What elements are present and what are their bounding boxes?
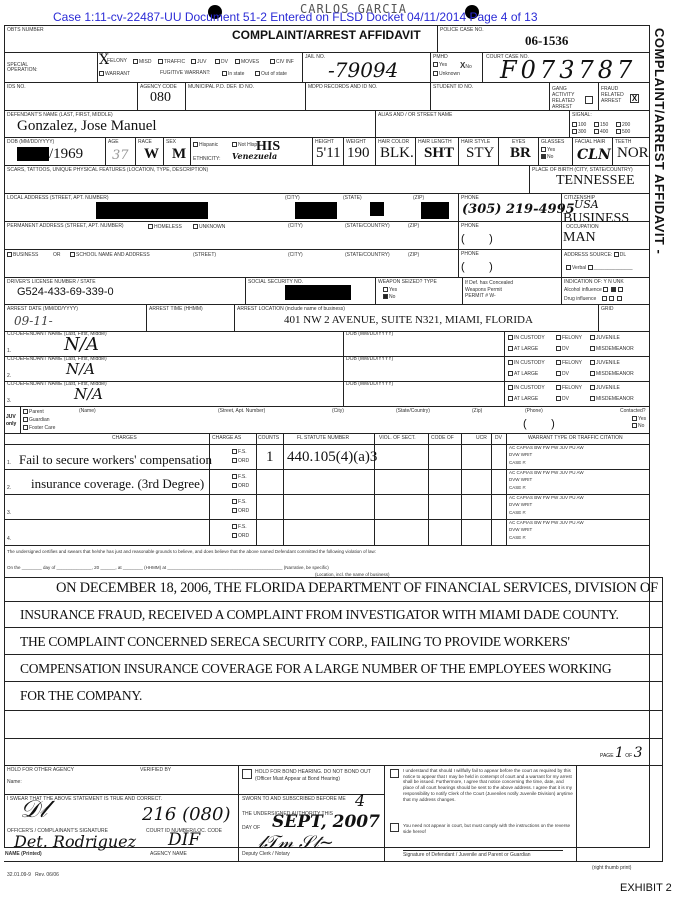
charge-row: 3. F.S. ORD AC CAPIAS BW FW PW JUV PU AW… bbox=[4, 494, 650, 519]
defendant-name: Gonzalez, Jose Manuel bbox=[17, 119, 157, 134]
alcohol-influence[interactable]: Alcohol influence bbox=[564, 287, 624, 293]
citizenship-value: USA bbox=[574, 199, 599, 210]
narrative-line: COMPENSATION INSURANCE COVERAGE FOR A LA… bbox=[20, 661, 611, 677]
juv-only-label: JUV only bbox=[6, 414, 20, 428]
fraud-label: FRAUD RELATED ARREST bbox=[601, 86, 627, 104]
signal-150[interactable]: 150 bbox=[594, 122, 608, 128]
fraud-checkbox[interactable]: X bbox=[630, 94, 639, 103]
juv-contacted-yes[interactable]: Yes bbox=[632, 416, 646, 422]
misd-checkbox[interactable]: MISD bbox=[133, 59, 152, 65]
occupation-value-2: MAN bbox=[563, 231, 596, 245]
sex-value: M bbox=[172, 147, 186, 162]
arrest-date-label: ARREST DATE (MM/DD/YYYY) bbox=[7, 307, 78, 312]
form-code: 32.01.09-9 Rev. 06/06 bbox=[7, 872, 59, 878]
arrest-time-label: ARREST TIME (HHMM) bbox=[149, 307, 203, 312]
signal-400[interactable]: 400 bbox=[594, 129, 608, 135]
local-zip-redaction bbox=[421, 202, 449, 219]
dl-label: DRIVER'S LICENSE NUMBER / STATE bbox=[7, 280, 96, 285]
juv-foster[interactable]: Foster Care bbox=[23, 425, 55, 431]
special-op-label: SPECIAL OPERATION: bbox=[7, 63, 57, 73]
hair-style-value: STY bbox=[466, 146, 494, 161]
perm-zip-label: (Zip) bbox=[408, 224, 419, 229]
signal-label: SIGNAL: bbox=[572, 113, 592, 118]
charge-row: 2. insurance coverage. (3rd Degree) F.S.… bbox=[4, 469, 650, 494]
indication-label: INDICATION OF: Y N UNK bbox=[564, 280, 624, 285]
ssn-redaction bbox=[285, 285, 351, 300]
phone-value: (305) 219-4995 bbox=[462, 203, 575, 216]
mdpd-label: MDPD RECORDS AND ID NO. bbox=[308, 85, 377, 90]
drug-influence[interactable]: Drug influence bbox=[564, 296, 623, 302]
bus-state-label: (State/Country) bbox=[345, 253, 390, 258]
scars-label: SCARS, TATTOOS, UNIQUE PHYSICAL FEATURES… bbox=[7, 168, 208, 173]
weight-value: 190 bbox=[347, 146, 370, 161]
sex-label: SEX bbox=[166, 140, 176, 145]
grid-label: GRID bbox=[601, 307, 614, 312]
narrative-line: INSURANCE FRAUD, RECEIVED A COMPLAINT FR… bbox=[20, 607, 619, 623]
age-label: AGE bbox=[108, 140, 119, 145]
or-label: OR bbox=[53, 253, 61, 258]
weapon-label: WEAPON SEIZED? Type bbox=[378, 280, 437, 285]
age-value: 37 bbox=[112, 149, 129, 162]
page-indicator: PAGE 1 OF 3 bbox=[600, 746, 643, 760]
gang-checkbox[interactable] bbox=[585, 96, 593, 104]
deputy-signature: 𝓁𝒯𝓂 𝒮𝓉~ bbox=[258, 834, 334, 852]
dob-value: /1969 bbox=[49, 147, 83, 162]
weapon-yes[interactable]: Yes bbox=[383, 287, 397, 293]
signal-500[interactable]: 500 bbox=[616, 129, 630, 135]
glasses-label: GLASSES bbox=[541, 140, 564, 145]
juv-checkbox[interactable]: JUV bbox=[191, 59, 206, 65]
co-defendant-row: CO-DEFENDANT NAME (Last, First, Middle) … bbox=[4, 381, 650, 406]
perm-city-label: (City) bbox=[288, 224, 303, 229]
local-city-redaction bbox=[295, 202, 337, 219]
race-label: RACE bbox=[138, 140, 152, 145]
perm-phone-label: PHONE bbox=[461, 224, 479, 229]
juv-guardian[interactable]: Guardian bbox=[23, 417, 50, 423]
narrative-line: ON DECEMBER 18, 2006, THE FLORIDA DEPART… bbox=[56, 580, 658, 597]
in-state-checkbox[interactable]: In state bbox=[222, 71, 244, 77]
sig-def-label: Signature of Defendant / Juvenile and Pa… bbox=[403, 853, 531, 858]
understand-checkbox[interactable] bbox=[390, 769, 399, 778]
municipal-label: MUNICIPAL P.D. DEF. ID NO. bbox=[188, 85, 254, 90]
juv-state-label: (State/Country) bbox=[396, 409, 430, 414]
agency-name-value: DIF bbox=[168, 832, 200, 849]
dob-redaction bbox=[17, 147, 49, 161]
bus-city-label: (City) bbox=[288, 253, 303, 258]
not-hispanic-checkbox[interactable]: Not Hisp bbox=[232, 142, 257, 148]
jail-label: JAIL NO. bbox=[305, 55, 325, 60]
court-case-value: F073787 bbox=[500, 58, 636, 82]
form-title: COMPLAINT/ARREST AFFIDAVIT bbox=[232, 28, 421, 42]
sworn-month: SEPT, 2007 bbox=[272, 814, 380, 831]
hispanic-checkbox[interactable]: Hispanic bbox=[193, 142, 218, 148]
perm-phone-value: ( ) bbox=[461, 233, 493, 245]
glasses-no[interactable]: No bbox=[541, 154, 553, 160]
narrative-line: THE COMPLAINT CONCERNED SERECA SECURITY … bbox=[20, 634, 570, 650]
felony-checkbox[interactable]: FELONY bbox=[107, 59, 127, 64]
pob-value: TENNESSEE bbox=[556, 174, 635, 188]
co-defendant-row: CO-DEFENDANT NAME (Last, First, Middle) … bbox=[4, 331, 650, 356]
local-state-redaction bbox=[370, 202, 384, 216]
concealed-label: If Def. has Concealed Weapons Permit PER… bbox=[465, 280, 520, 300]
co-defendant-row: CO-DEFENDANT NAME (Last, First, Middle) … bbox=[4, 356, 650, 381]
narrative-line: FOR THE COMPANY. bbox=[20, 688, 142, 704]
jail-value: -79094 bbox=[328, 60, 398, 80]
pmhd-no[interactable]: XNo bbox=[460, 62, 472, 70]
charge-row: 4. F.S. ORD AC CAPIAS BW FW PW JUV PU AW… bbox=[4, 519, 650, 545]
facial-hair-label: FACIAL HAIR bbox=[575, 140, 605, 145]
sworn-day: 4 bbox=[355, 793, 365, 809]
dv-checkbox[interactable]: DV bbox=[215, 59, 228, 65]
ethnicity-label: ETHNICITY: bbox=[193, 157, 221, 162]
officer-signature: 𝒟𝓁 bbox=[20, 797, 47, 821]
hair-color-value: BLK. bbox=[380, 146, 414, 161]
dl-value: G524-433-69-339-0 bbox=[17, 286, 114, 298]
civ-inf-checkbox[interactable]: CIV INF bbox=[270, 59, 294, 65]
addr-source-dl[interactable]: ADDRESS SOURCE: DL bbox=[564, 252, 626, 258]
pmhd-label: PMHD bbox=[433, 55, 448, 60]
juv-name-label: (Name) bbox=[79, 409, 96, 414]
bus-phone-value: ( ) bbox=[461, 261, 493, 273]
name-printed-value: Det. Rodriguez bbox=[14, 834, 136, 850]
juv-phone-value: ( ) bbox=[523, 418, 555, 430]
pmhd-yes[interactable]: Yes bbox=[433, 62, 447, 68]
hold-name-label: Name: bbox=[7, 780, 22, 785]
alias-label: ALIAS and / or STREET NAME bbox=[378, 113, 452, 118]
addr-source-verbal[interactable]: Verbal ______________ bbox=[566, 265, 633, 271]
agency-code-value: 080 bbox=[150, 91, 171, 105]
need-not-text: You need not appear in court, but must c… bbox=[403, 823, 573, 834]
ids-label: IDS NO. bbox=[7, 85, 26, 90]
perm-addr-label: PERMANENT ADDRESS (Street, Apt. Number) bbox=[7, 224, 124, 229]
charge-row: 1. Fail to secure workers' compensation … bbox=[4, 444, 650, 469]
deputy-label: Deputy Clerk / Notary bbox=[242, 852, 290, 857]
police-case-value: 06-1536 bbox=[525, 34, 568, 47]
on-the-line: On the ________ day of ______________, 2… bbox=[7, 565, 329, 570]
juv-contacted-no[interactable]: No bbox=[632, 423, 644, 429]
fugitive-label: FUGITIVE WARRANT: bbox=[160, 71, 210, 76]
juv-parent[interactable]: Parent bbox=[23, 409, 44, 415]
ethnicity-hand: Venezuela bbox=[232, 152, 277, 160]
arrest-loc-value: 401 NW 2 AVENUE, SUITE N321, MIAMI, FLOR… bbox=[284, 315, 533, 326]
juv-street-label: (Street, Apt. Number) bbox=[218, 409, 265, 414]
signal-200[interactable]: 200 bbox=[616, 122, 630, 128]
weapon-no[interactable]: No bbox=[383, 294, 395, 300]
local-zip-label: (Zip) bbox=[413, 196, 424, 201]
gang-label: GANG ACTIVITY RELATED ARREST bbox=[552, 86, 582, 110]
height-value: 5'11 bbox=[316, 146, 341, 161]
homeless-checkbox[interactable]: HOMELESS bbox=[148, 224, 182, 230]
race-value: W bbox=[144, 147, 159, 162]
name-printed-label: NAME (Printed) bbox=[5, 852, 42, 857]
local-city-label: (City) bbox=[285, 196, 300, 201]
hold-bond-checkbox[interactable] bbox=[242, 769, 252, 779]
exhibit-label: EXHIBIT 2 bbox=[620, 882, 672, 894]
bus-street-label: (Street) bbox=[193, 253, 216, 258]
day-of-label: DAY OF bbox=[242, 826, 260, 831]
signal-300[interactable]: 300 bbox=[572, 129, 586, 135]
bus-zip-label: (Zip) bbox=[408, 253, 419, 258]
court-id-value: 216 (080) bbox=[142, 806, 230, 824]
perm-state-label: (State/Country) bbox=[345, 224, 390, 229]
local-addr-label: LOCAL ADDRESS (Street, Apt. Number) bbox=[7, 196, 109, 201]
out-state-checkbox[interactable]: Out of state bbox=[255, 71, 287, 77]
pmhd-unknown[interactable]: Unknown bbox=[433, 71, 460, 77]
juv-contacted-label: Contacted? bbox=[620, 409, 646, 414]
certify-text: The undersigned certifies and swears tha… bbox=[7, 549, 376, 554]
unknown-checkbox[interactable]: UNKNOWN bbox=[193, 224, 225, 230]
police-case-label: POLICE CASE NO. bbox=[440, 28, 484, 33]
sworn-label: SWORN TO AND SUBSCRIBED BEFORE ME bbox=[242, 797, 346, 802]
moves-checkbox[interactable]: MOVES bbox=[235, 59, 259, 65]
facial-hair-value: CLN bbox=[577, 148, 611, 162]
hold-bond-label: HOLD FOR BOND HEARING. DO NOT BOND OUT (… bbox=[255, 769, 380, 782]
need-not-checkbox[interactable] bbox=[390, 823, 399, 832]
agency-name-label: AGENCY NAME bbox=[150, 852, 187, 857]
warrant-checkbox[interactable]: WARRANT bbox=[99, 71, 130, 77]
bus-phone-label: PHONE bbox=[461, 252, 479, 257]
side-title: COMPLAINT/ARREST AFFIDAVIT - bbox=[652, 28, 667, 254]
local-state-label: (State) bbox=[343, 196, 362, 201]
juv-city-label: (City) bbox=[332, 409, 344, 414]
thumb-label: (right thumb print) bbox=[592, 866, 631, 871]
local-street-redaction bbox=[96, 202, 208, 219]
school-checkbox[interactable]: SCHOOL NAME AND ADDRESS bbox=[70, 252, 150, 258]
verified-label: VERIFIED BY bbox=[140, 768, 171, 773]
student-label: STUDENT ID NO. bbox=[433, 85, 473, 90]
teeth-value: NOR bbox=[617, 146, 649, 161]
juv-zip-label: (Zip) bbox=[472, 409, 482, 414]
phone-label: PHONE bbox=[461, 196, 479, 201]
hair-length-value: SHT bbox=[424, 146, 454, 161]
glasses-yes[interactable]: Yes bbox=[541, 147, 555, 153]
business-checkbox[interactable]: BUSINESS bbox=[7, 252, 38, 258]
eyes-value: BR bbox=[510, 146, 531, 161]
dob-label: DOB (MM/DD/YYYY) bbox=[7, 140, 54, 145]
arrest-date-value: 09-11- bbox=[14, 315, 53, 327]
traffic-checkbox[interactable]: TRAFFIC bbox=[158, 59, 185, 65]
case-header: Case 1:11-cv-22487-UU Document 51-2 Ente… bbox=[53, 10, 538, 24]
obts-label: OBTS NUMBER bbox=[7, 28, 44, 33]
juv-phone-label: (Phone) bbox=[525, 409, 543, 414]
arrest-loc-label: ARREST LOCATION (include name of busines… bbox=[237, 307, 345, 312]
signal-100[interactable]: 100 bbox=[572, 122, 586, 128]
understand-text: I understand that should I willfully fai… bbox=[403, 768, 575, 802]
hold-agency-label: HOLD FOR OTHER AGENCY bbox=[7, 768, 74, 773]
